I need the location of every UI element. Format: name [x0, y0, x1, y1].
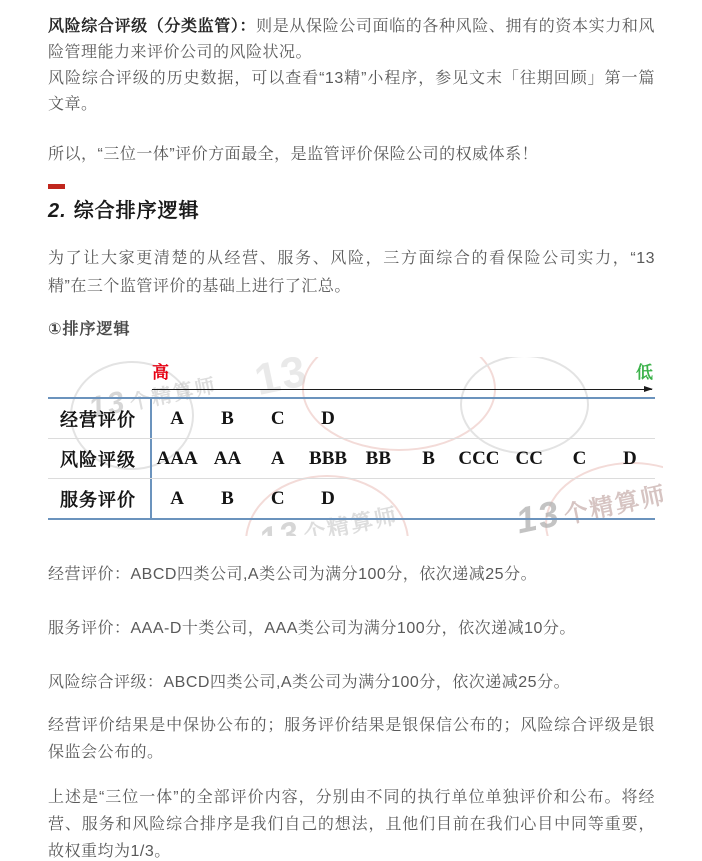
rating-cell: A: [152, 488, 202, 510]
rating-cell: C: [554, 448, 604, 470]
high-axis-label: 高: [152, 363, 169, 382]
section-divider-dash: [48, 184, 65, 189]
note-service: 服务评价：AAA-D十类公司，AAA类公司为满分100分，依次递减10分。: [48, 616, 655, 642]
row-label: 服务评价: [48, 479, 152, 518]
section-intro-paragraph: 为了让大家更清楚的从经营、服务、风险，三方面综合的看保险公司实力，“13精”在三…: [48, 245, 655, 301]
rating-cell: CC: [504, 448, 554, 470]
rating-cell: D: [605, 448, 655, 470]
conclusion-paragraph: 所以，“三位一体”评价方面最全，是监管评价保险公司的权威体系！: [48, 142, 655, 168]
rating-cell: B: [202, 408, 252, 430]
row-label: 经营评价: [48, 399, 152, 438]
lead-term: 风险综合评级（分类监管）：: [48, 18, 256, 35]
axis-arrow: [152, 389, 652, 390]
publishers-paragraph: 经营评价结果是中保协公布的；服务评价结果是银保信公布的；风险综合评级是银保监会公…: [48, 712, 655, 766]
table-row-operation: 经营评价 A B C D: [48, 399, 655, 438]
rating-table: 经营评价 A B C D 风险评级 AAA AA A: [48, 397, 655, 520]
section-number: 2.: [48, 200, 67, 222]
section-heading: 2.综合排序逻辑: [48, 197, 655, 225]
rating-cell: A: [152, 408, 202, 430]
history-paragraph: 风险综合评级的历史数据，可以查看“13精”小程序，参见文末「往期回顾」第一篇文章…: [48, 66, 655, 118]
rating-cell: BBB: [303, 448, 353, 470]
row-label: 风险评级: [48, 439, 152, 478]
rating-cell: AAA: [152, 448, 202, 470]
rating-comparison-figure: 13个精算师 13 13个精算师 13个精算师 高 低 经营评价 A B C D: [48, 363, 655, 520]
table-row-service: 服务评价 A B C D: [48, 478, 655, 518]
rating-cell: D: [303, 408, 353, 430]
low-axis-label: 低: [636, 363, 653, 382]
note-operation: 经营评价：ABCD四类公司,A类公司为满分100分，依次递减25分。: [48, 562, 655, 588]
rating-cell: D: [303, 488, 353, 510]
rating-axis: 高 低: [48, 363, 655, 397]
subsection-label: ①排序逻辑: [48, 319, 655, 341]
rating-cell: C: [253, 408, 303, 430]
rating-cell: B: [202, 488, 252, 510]
summary-paragraph: 上述是“三位一体”的全部评价内容，分别由不同的执行单位单独评价和公布。将经营、服…: [48, 784, 655, 861]
rating-cell: CCC: [454, 448, 504, 470]
rating-cell: AA: [202, 448, 252, 470]
section-title: 综合排序逻辑: [74, 200, 200, 222]
table-row-risk: 风险评级 AAA AA A BBB BB B CCC CC C D: [48, 438, 655, 478]
lead-paragraph: 风险综合评级（分类监管）：则是从保险公司面临的各种风险、拥有的资本实力和风险管理…: [48, 14, 655, 66]
rating-cell: A: [253, 448, 303, 470]
rating-cell: C: [253, 488, 303, 510]
rating-cell: BB: [353, 448, 403, 470]
article-page: 风险综合评级（分类监管）：则是从保险公司面临的各种风险、拥有的资本实力和风险管理…: [0, 0, 702, 861]
note-risk: 风险综合评级：ABCD四类公司,A类公司为满分100分，依次递减25分。: [48, 670, 655, 696]
rating-cell: B: [403, 448, 453, 470]
axis-arrowhead: [644, 386, 653, 392]
